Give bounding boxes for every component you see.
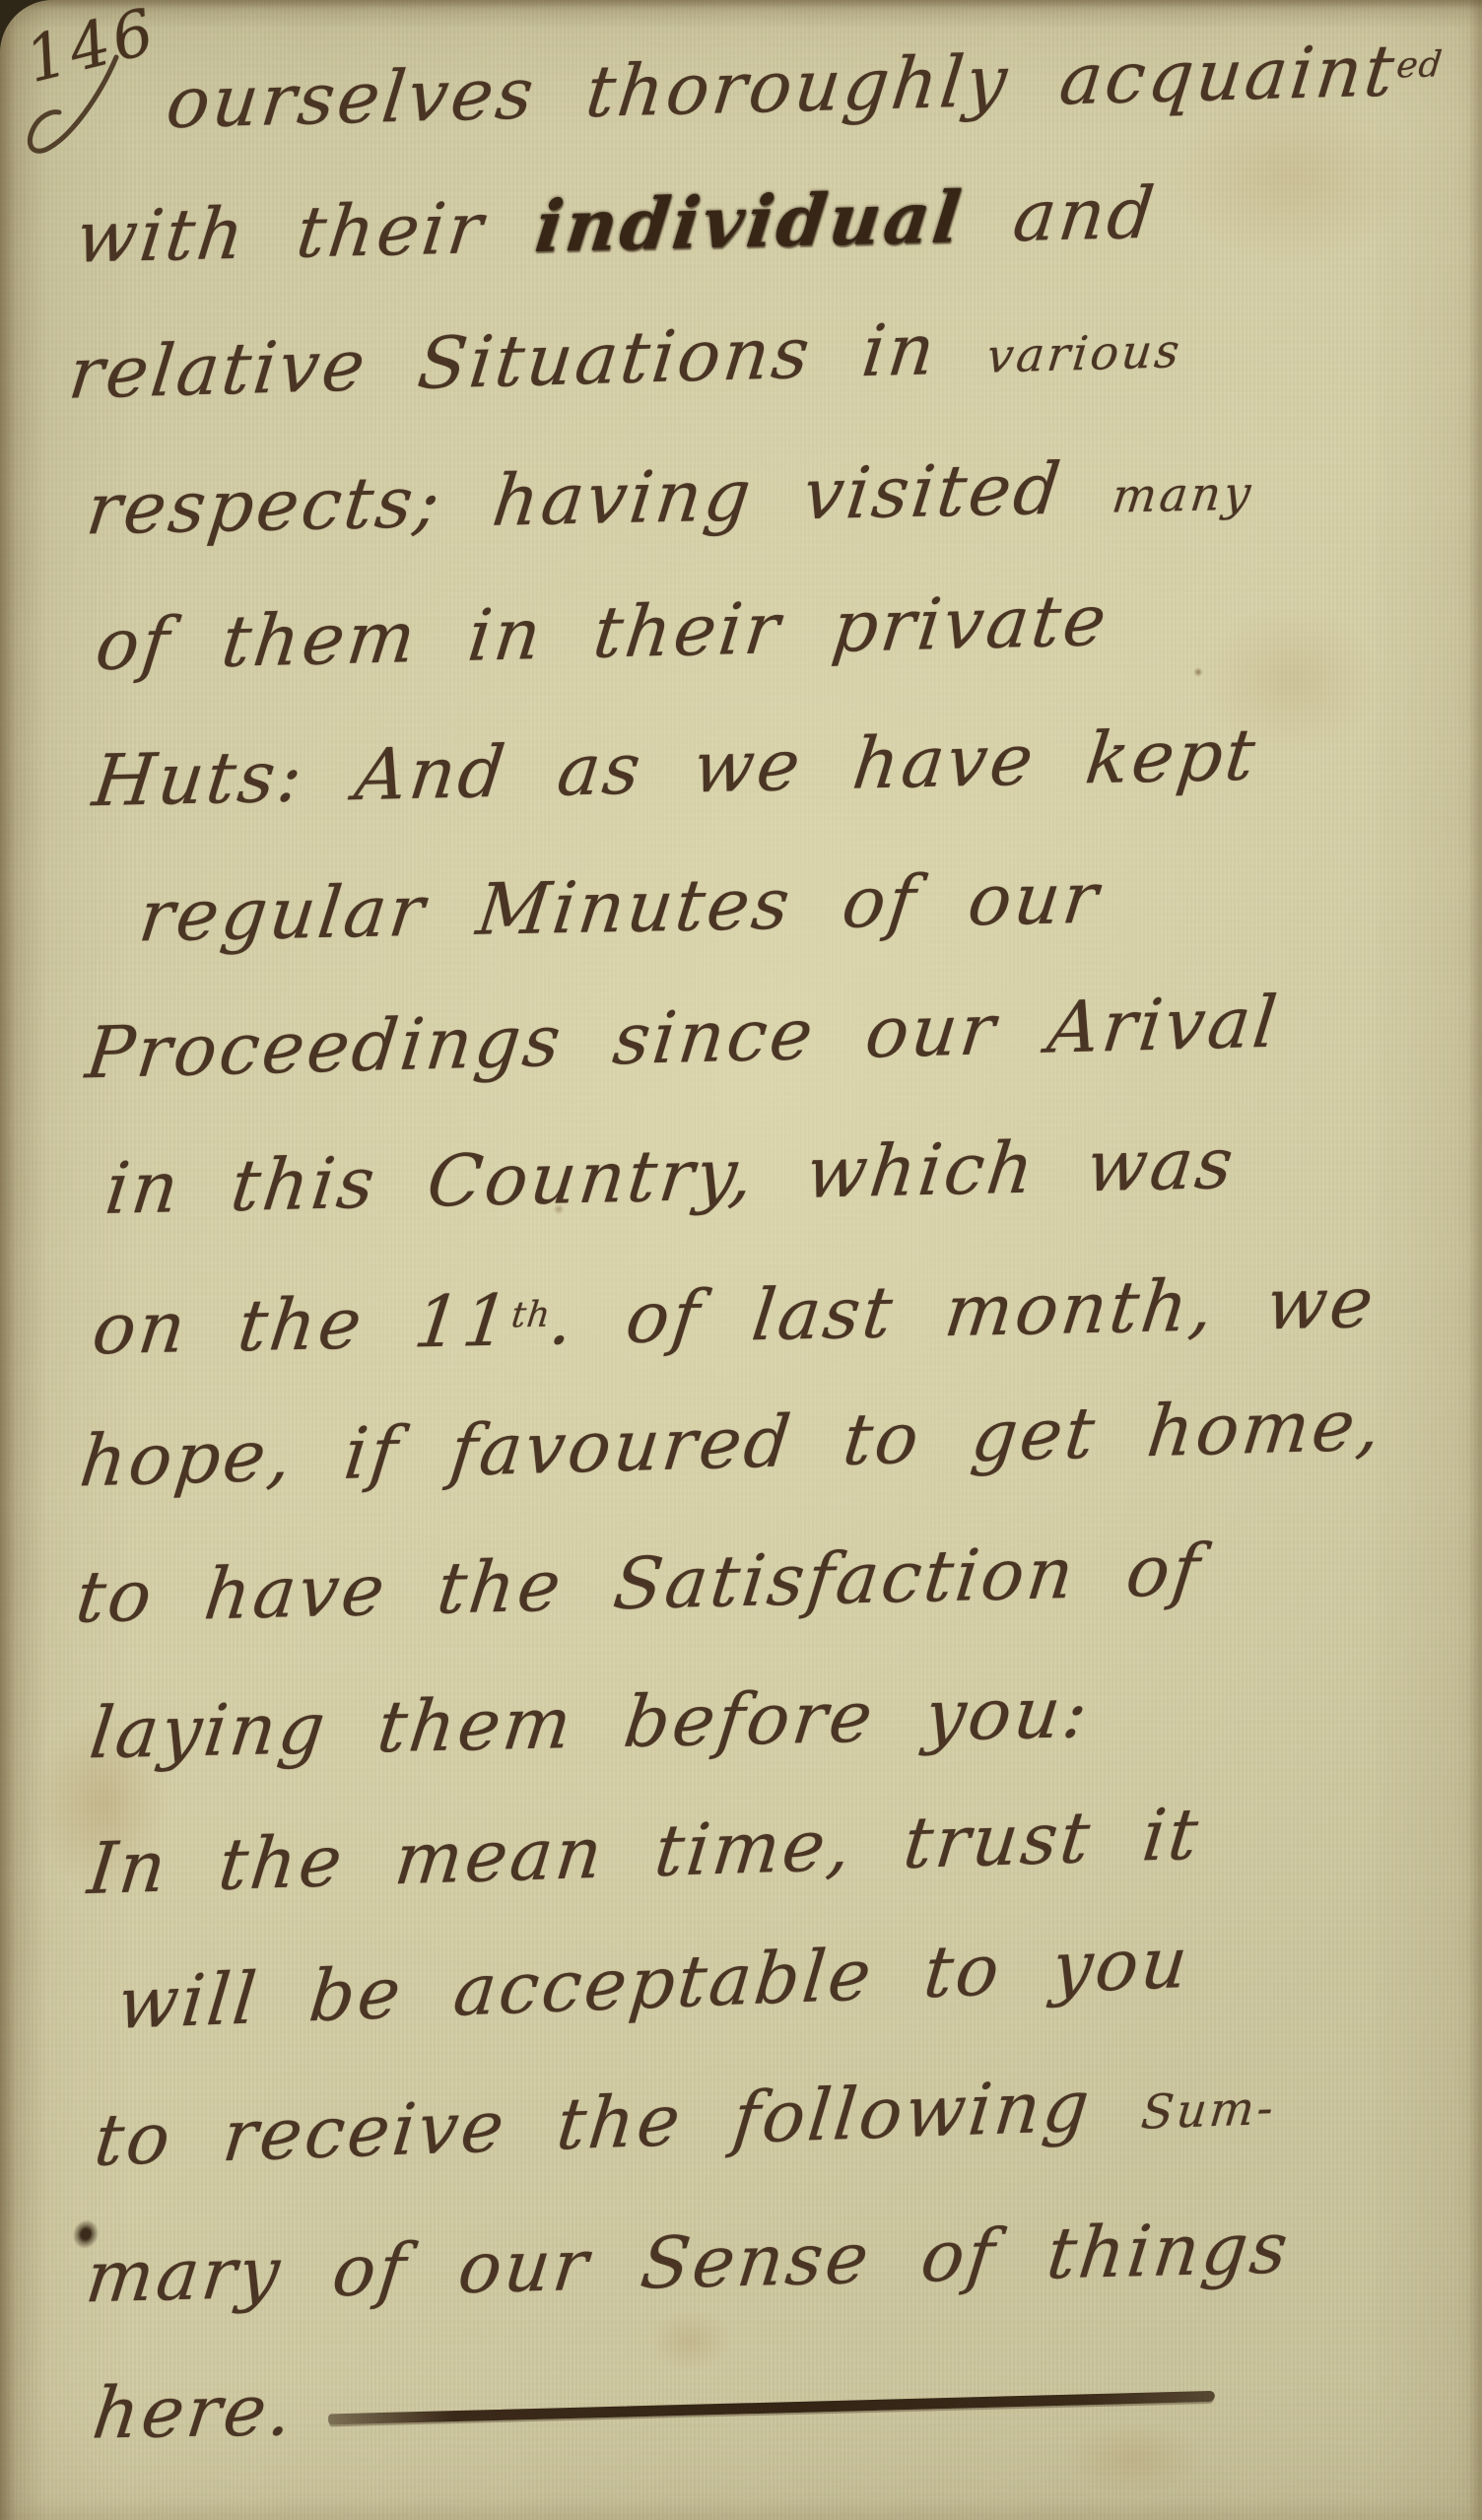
text-segment: . of last month, we [545, 1260, 1381, 1361]
text-segment: Huts: And as we have kept [89, 713, 1262, 822]
manuscript-line-text: to have the Satisfaction of [69, 1501, 1210, 1665]
text-segment: regular Minutes of our [135, 856, 1106, 958]
text-segment: relative Situations in [65, 306, 993, 415]
manuscript-line-text: Huts: And as we have kept [86, 686, 1265, 849]
end-rule-flourish [328, 2391, 1215, 2425]
text-segment: ed [1394, 44, 1445, 86]
text-segment: hope, if favoured to get home, [76, 1383, 1387, 1502]
text-segment: respects; having visited [83, 445, 1118, 550]
text-segment: In the mean time, trust it [84, 1792, 1204, 1910]
manuscript-line-text: in this Country, which was [99, 1095, 1244, 1257]
text-segment: mary of our Sense of things [82, 2206, 1295, 2318]
text-segment: Proceedings since our Arival [82, 980, 1284, 1094]
manuscript-line-text: mary of our Sense of things [79, 2179, 1298, 2345]
manuscript-page: 146 ourselves thoroughly acquaintedwith … [0, 0, 1482, 2520]
text-segment: of them in their private [92, 579, 1113, 686]
text-segment: in this Country, which was [101, 1122, 1241, 1230]
text-segment: th [509, 1294, 554, 1335]
text-segment: to receive the following [91, 2062, 1147, 2181]
text-segment: various [984, 324, 1185, 384]
text-segment: Sum- [1139, 2081, 1279, 2141]
text-segment: individual [531, 174, 968, 268]
manuscript-line-text: here. [85, 2342, 303, 2481]
text-segment: laying them before you: [86, 1670, 1095, 1774]
text-segment: many [1110, 467, 1256, 524]
text-segment: here. [89, 2368, 300, 2454]
manuscript-text: ourselves thoroughly acquaintedwith thei… [0, 34, 1482, 2482]
text-segment: on the 11 [89, 1278, 516, 1370]
manuscript-line-text: of them in their private [89, 552, 1116, 714]
text-segment: and [958, 171, 1161, 259]
text-segment: with their [72, 185, 541, 279]
manuscript-line-18: here. [0, 2323, 1482, 2483]
text-segment: ourselves thoroughly acquaint [163, 29, 1401, 144]
text-segment: to have the Satisfaction of [72, 1529, 1206, 1639]
text-segment: will be acceptable to you [114, 1921, 1194, 2045]
